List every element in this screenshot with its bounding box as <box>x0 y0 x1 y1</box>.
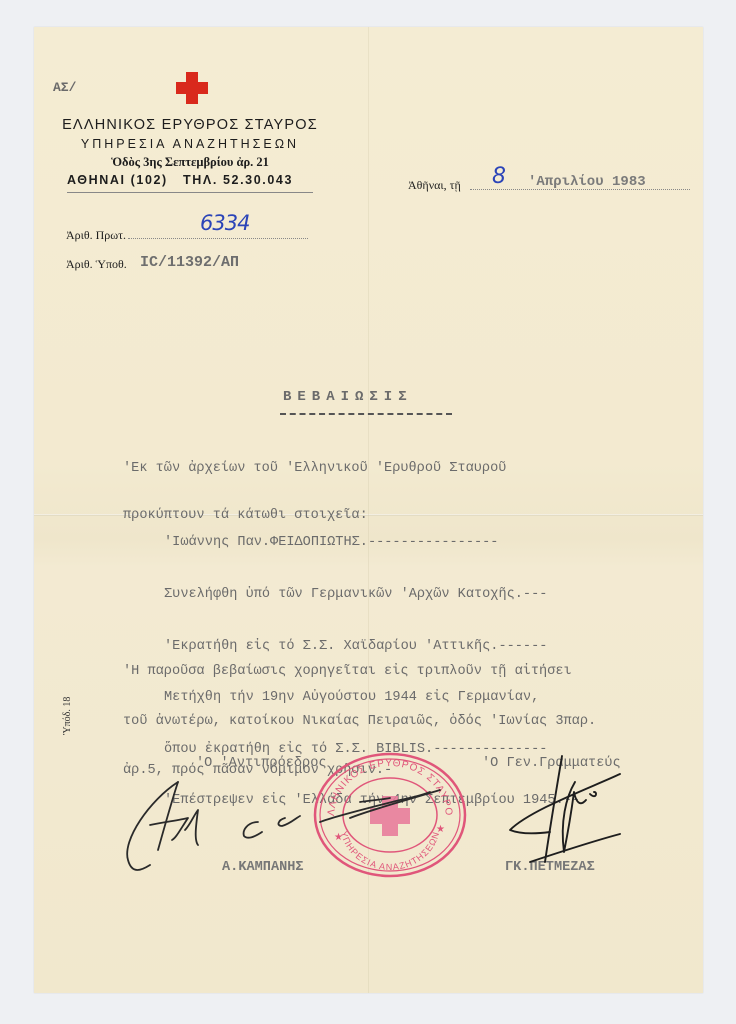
department-name: ΥΠΗΡΕΣΙΑ ΑΝΑΖΗΤΗΣΕΩΝ <box>40 137 340 151</box>
organization-name: ΕΛΛΗΝΙΚΟΣ ΕΡΥΘΡΟΣ ΣΤΑΥΡΟΣ <box>40 117 340 133</box>
city-phone: ΑΘΗΝΑΙ (102) ΤΗΛ. 52.30.043 <box>67 173 293 187</box>
side-note: Ὑπόδ. 18 <box>62 735 76 795</box>
protocol-dotted-line <box>128 238 308 239</box>
date-month-year: 'Απριλίου 1983 <box>528 174 646 190</box>
intro-line: 'Εκ τῶν ἀρχείων τοῦ 'Ελληνικοῦ 'Ερυθροῦ … <box>123 461 506 477</box>
closing-line: τοῦ ἀνωτέρω, κατοίκου Νικαίας Πειραιῶς, … <box>123 714 596 731</box>
vice-president-signature <box>110 770 490 880</box>
letterhead-divider <box>67 192 313 193</box>
case-number-label: Ἀριθ. Ὑποθ. <box>66 257 127 272</box>
document-title: ΒΕΒΑΙΩΣΙΣ <box>283 389 413 405</box>
case-number-value: ΙC/11392/ΑΠ <box>140 254 239 271</box>
date-label: Ἀθῆναι, τῇ <box>408 178 461 193</box>
protocol-number-value: 6334 <box>200 211 249 235</box>
detail-line: Συνελήφθη ὑπό τῶν Γερμανικῶν 'Αρχῶν Κατο… <box>164 586 580 603</box>
red-cross-icon <box>176 72 208 104</box>
secretary-general-signature <box>490 752 670 867</box>
detail-line: 'Ιωάννης Παν.ΦΕΙΔΟΠΙΩΤΗΣ.---------------… <box>164 534 580 551</box>
closing-line: 'Η παροῦσα βεβαίωσις χορηγεῖται εἰς τριπ… <box>123 664 596 681</box>
street-address: Ὁδὸς 3ης Σεπτεμβρίου ἀρ. 21 <box>40 155 340 170</box>
side-note-text: Ὑπόδ. 18 <box>62 697 73 735</box>
protocol-number-label: Ἀριθ. Πρωτ. <box>66 228 126 243</box>
reference-mark: ΑΣ/ <box>53 80 76 95</box>
title-underline <box>280 413 452 415</box>
date-day-handwritten: 8 <box>492 164 506 189</box>
